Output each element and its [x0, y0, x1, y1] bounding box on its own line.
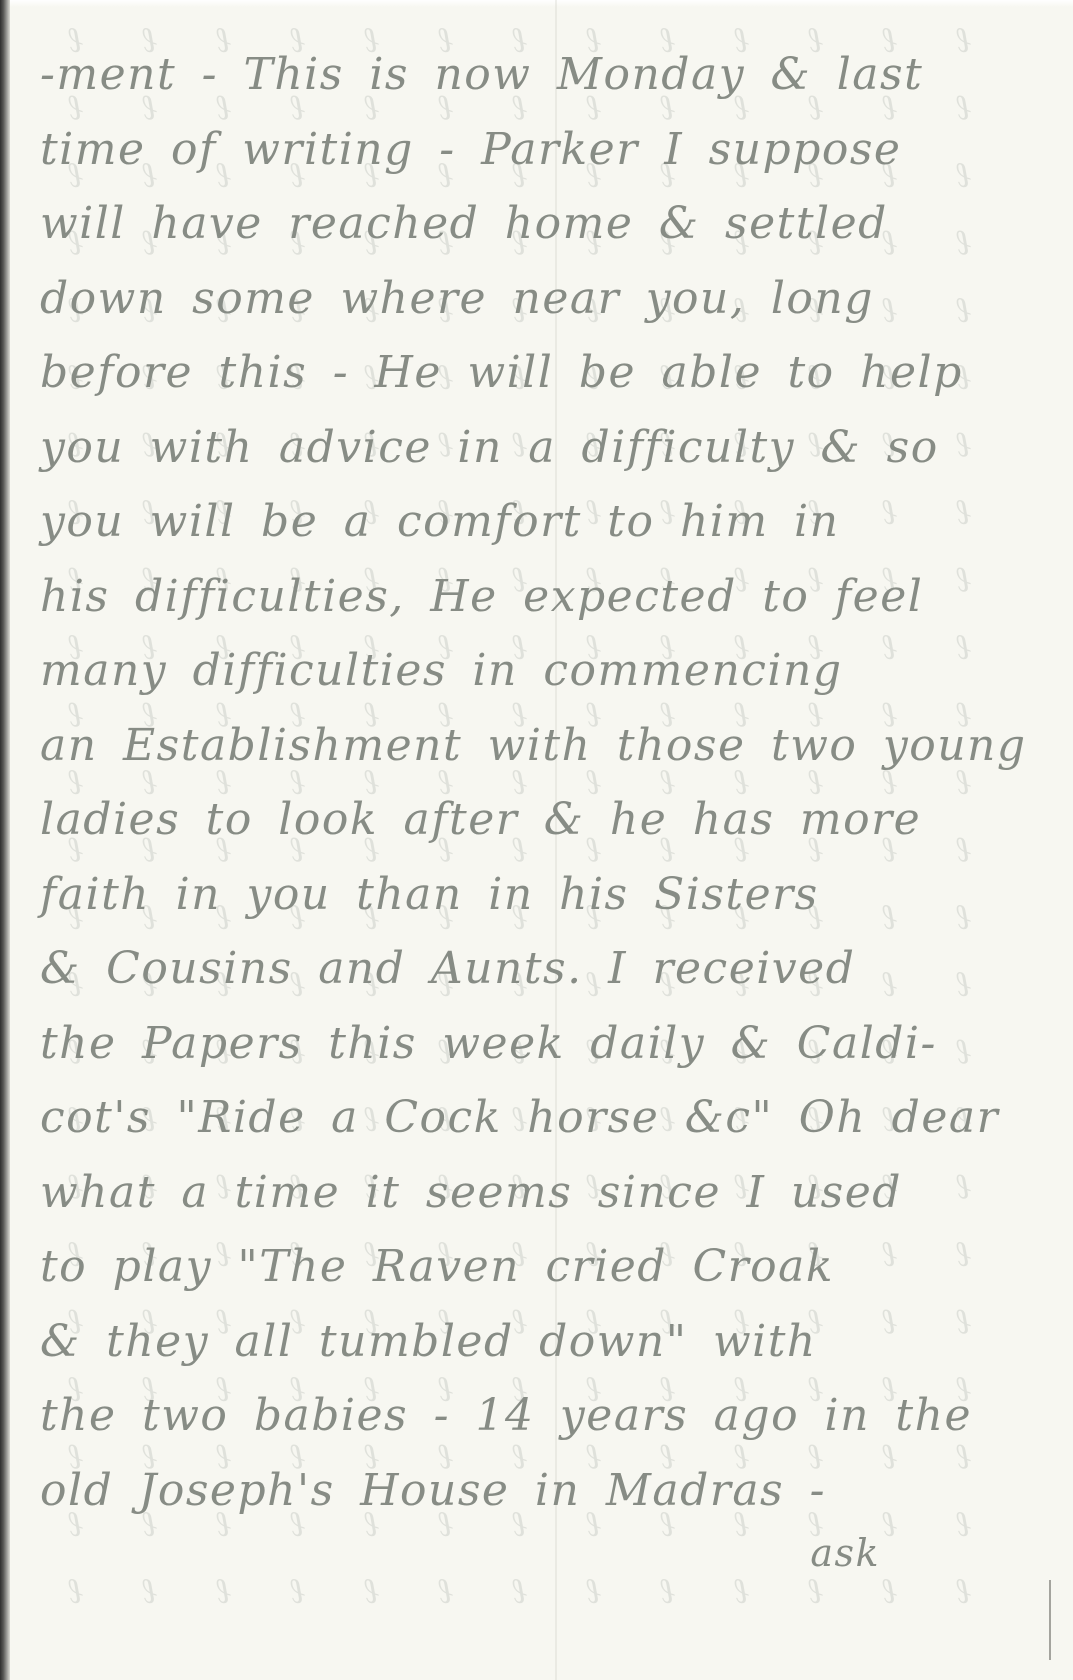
letter-line: down some where near you, long: [40, 262, 1030, 337]
letter-line: the two babies - 14 years ago in the: [40, 1379, 1030, 1454]
letter-line: & Cousins and Aunts. I received: [40, 932, 1030, 1007]
letter-page: ℓ ℓ ℓ ℓ ℓ ℓ ℓ ℓ ℓ ℓ ℓ ℓ ℓ ℓ ℓ ℓ ℓ ℓ ℓ ℓ …: [0, 0, 1073, 1680]
letter-line: you will be a comfort to him in: [40, 485, 1030, 560]
letter-line: will have reached home & settled: [40, 187, 1030, 262]
letter-line: -ment - This is now Monday & last: [40, 38, 1030, 113]
letter-line: old Joseph's House in Madras -: [40, 1454, 1030, 1529]
catchword: ask: [40, 1528, 1030, 1578]
scan-edge-shadow: [0, 0, 10, 1680]
letter-line: his difficulties, He expected to feel: [40, 560, 1030, 635]
letter-line: ladies to look after & he has more: [40, 783, 1030, 858]
letter-line: you with advice in a difficulty & so: [40, 411, 1030, 486]
letter-line: before this - He will be able to help: [40, 336, 1030, 411]
letter-line: many difficulties in commencing: [40, 634, 1030, 709]
letter-body: -ment - This is now Monday & last time o…: [40, 38, 1030, 1578]
letter-line: time of writing - Parker I suppose: [40, 113, 1030, 188]
letter-line: cot's "Ride a Cock horse &c" Oh dear: [40, 1081, 1030, 1156]
letter-line: to play "The Raven cried Croak: [40, 1230, 1030, 1305]
letter-line: faith in you than in his Sisters: [40, 858, 1030, 933]
letter-line: an Establishment with those two young: [40, 709, 1030, 784]
paper-right-edge-tear: [1049, 1580, 1051, 1660]
letter-line: the Papers this week daily & Caldi-: [40, 1007, 1030, 1082]
letter-line: & they all tumbled down" with: [40, 1305, 1030, 1380]
paper-top-edge: [10, 0, 1073, 7]
letter-line: what a time it seems since I used: [40, 1156, 1030, 1231]
